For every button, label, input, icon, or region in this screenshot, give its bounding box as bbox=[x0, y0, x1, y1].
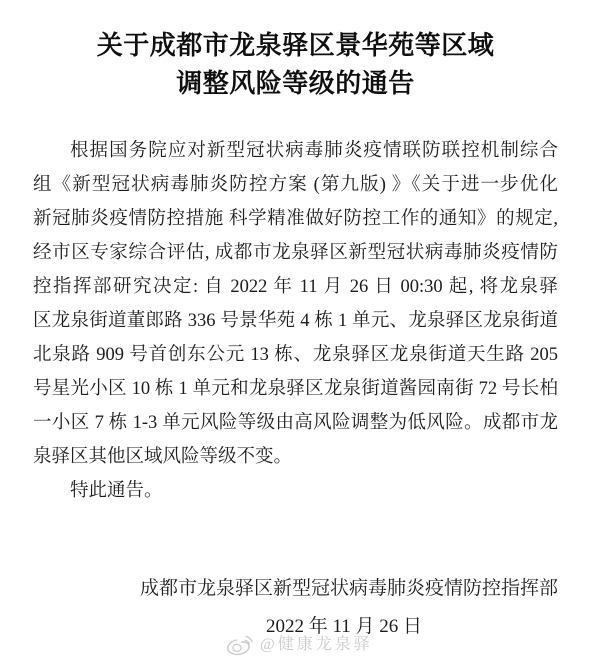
body-line: 组《新型冠状病毒肺炎防控方案 (第九版) 》《关于进一步优化 bbox=[33, 168, 558, 202]
signature-org: 成都市龙泉驿区新型冠状病毒肺炎疫情防控指挥部 bbox=[0, 575, 591, 603]
body-line: 根据国务院应对新型冠状病毒肺炎疫情联防联控机制综合 bbox=[33, 134, 558, 168]
body-line: 新冠肺炎疫情防控措施 科学精准做好防控工作的通知》的规定, bbox=[33, 202, 558, 236]
body-line-closing: 特此通告。 bbox=[33, 474, 558, 508]
body-line: 经市区专家综合评估, 成都市龙泉驿区新型冠状病毒肺炎疫情防 bbox=[33, 236, 558, 270]
notice-title: 关于成都市龙泉驿区景华苑等区域 调整风险等级的通告 bbox=[0, 27, 591, 103]
notice-document: 关于成都市龙泉驿区景华苑等区域 调整风险等级的通告 根据国务院应对新型冠状病毒肺… bbox=[0, 0, 591, 661]
body-line: 一小区 7 栋 1-3 单元风险等级由高风险调整为低风险。成都市龙 bbox=[33, 406, 558, 440]
weibo-logo-icon bbox=[225, 633, 253, 657]
body-line: 控指挥部研究决定: 自 2022 年 11 月 26 日 00:30 起, 将龙… bbox=[33, 270, 558, 304]
notice-body: 根据国务院应对新型冠状病毒肺炎疫情联防联控机制综合 组《新型冠状病毒肺炎防控方案… bbox=[33, 134, 558, 508]
notice-title-line-2: 调整风险等级的通告 bbox=[0, 65, 591, 103]
notice-title-line-1: 关于成都市龙泉驿区景华苑等区域 bbox=[0, 27, 591, 65]
body-line: 区龙泉街道董郎路 336 号景华苑 4 栋 1 单元、龙泉驿区龙泉街道 bbox=[33, 304, 558, 338]
body-line: 泉驿区其他区域风险等级不变。 bbox=[33, 440, 558, 474]
body-line: 北泉路 909 号首创东公元 13 栋、龙泉驿区龙泉街道天生路 205 bbox=[33, 338, 558, 372]
weibo-watermark: @健康龙泉驿 bbox=[225, 633, 373, 657]
watermark-text: @健康龙泉驿 bbox=[260, 633, 373, 657]
body-line: 号星光小区 10 栋 1 单元和龙泉驿区龙泉街道酱园南街 72 号长柏 bbox=[33, 372, 558, 406]
